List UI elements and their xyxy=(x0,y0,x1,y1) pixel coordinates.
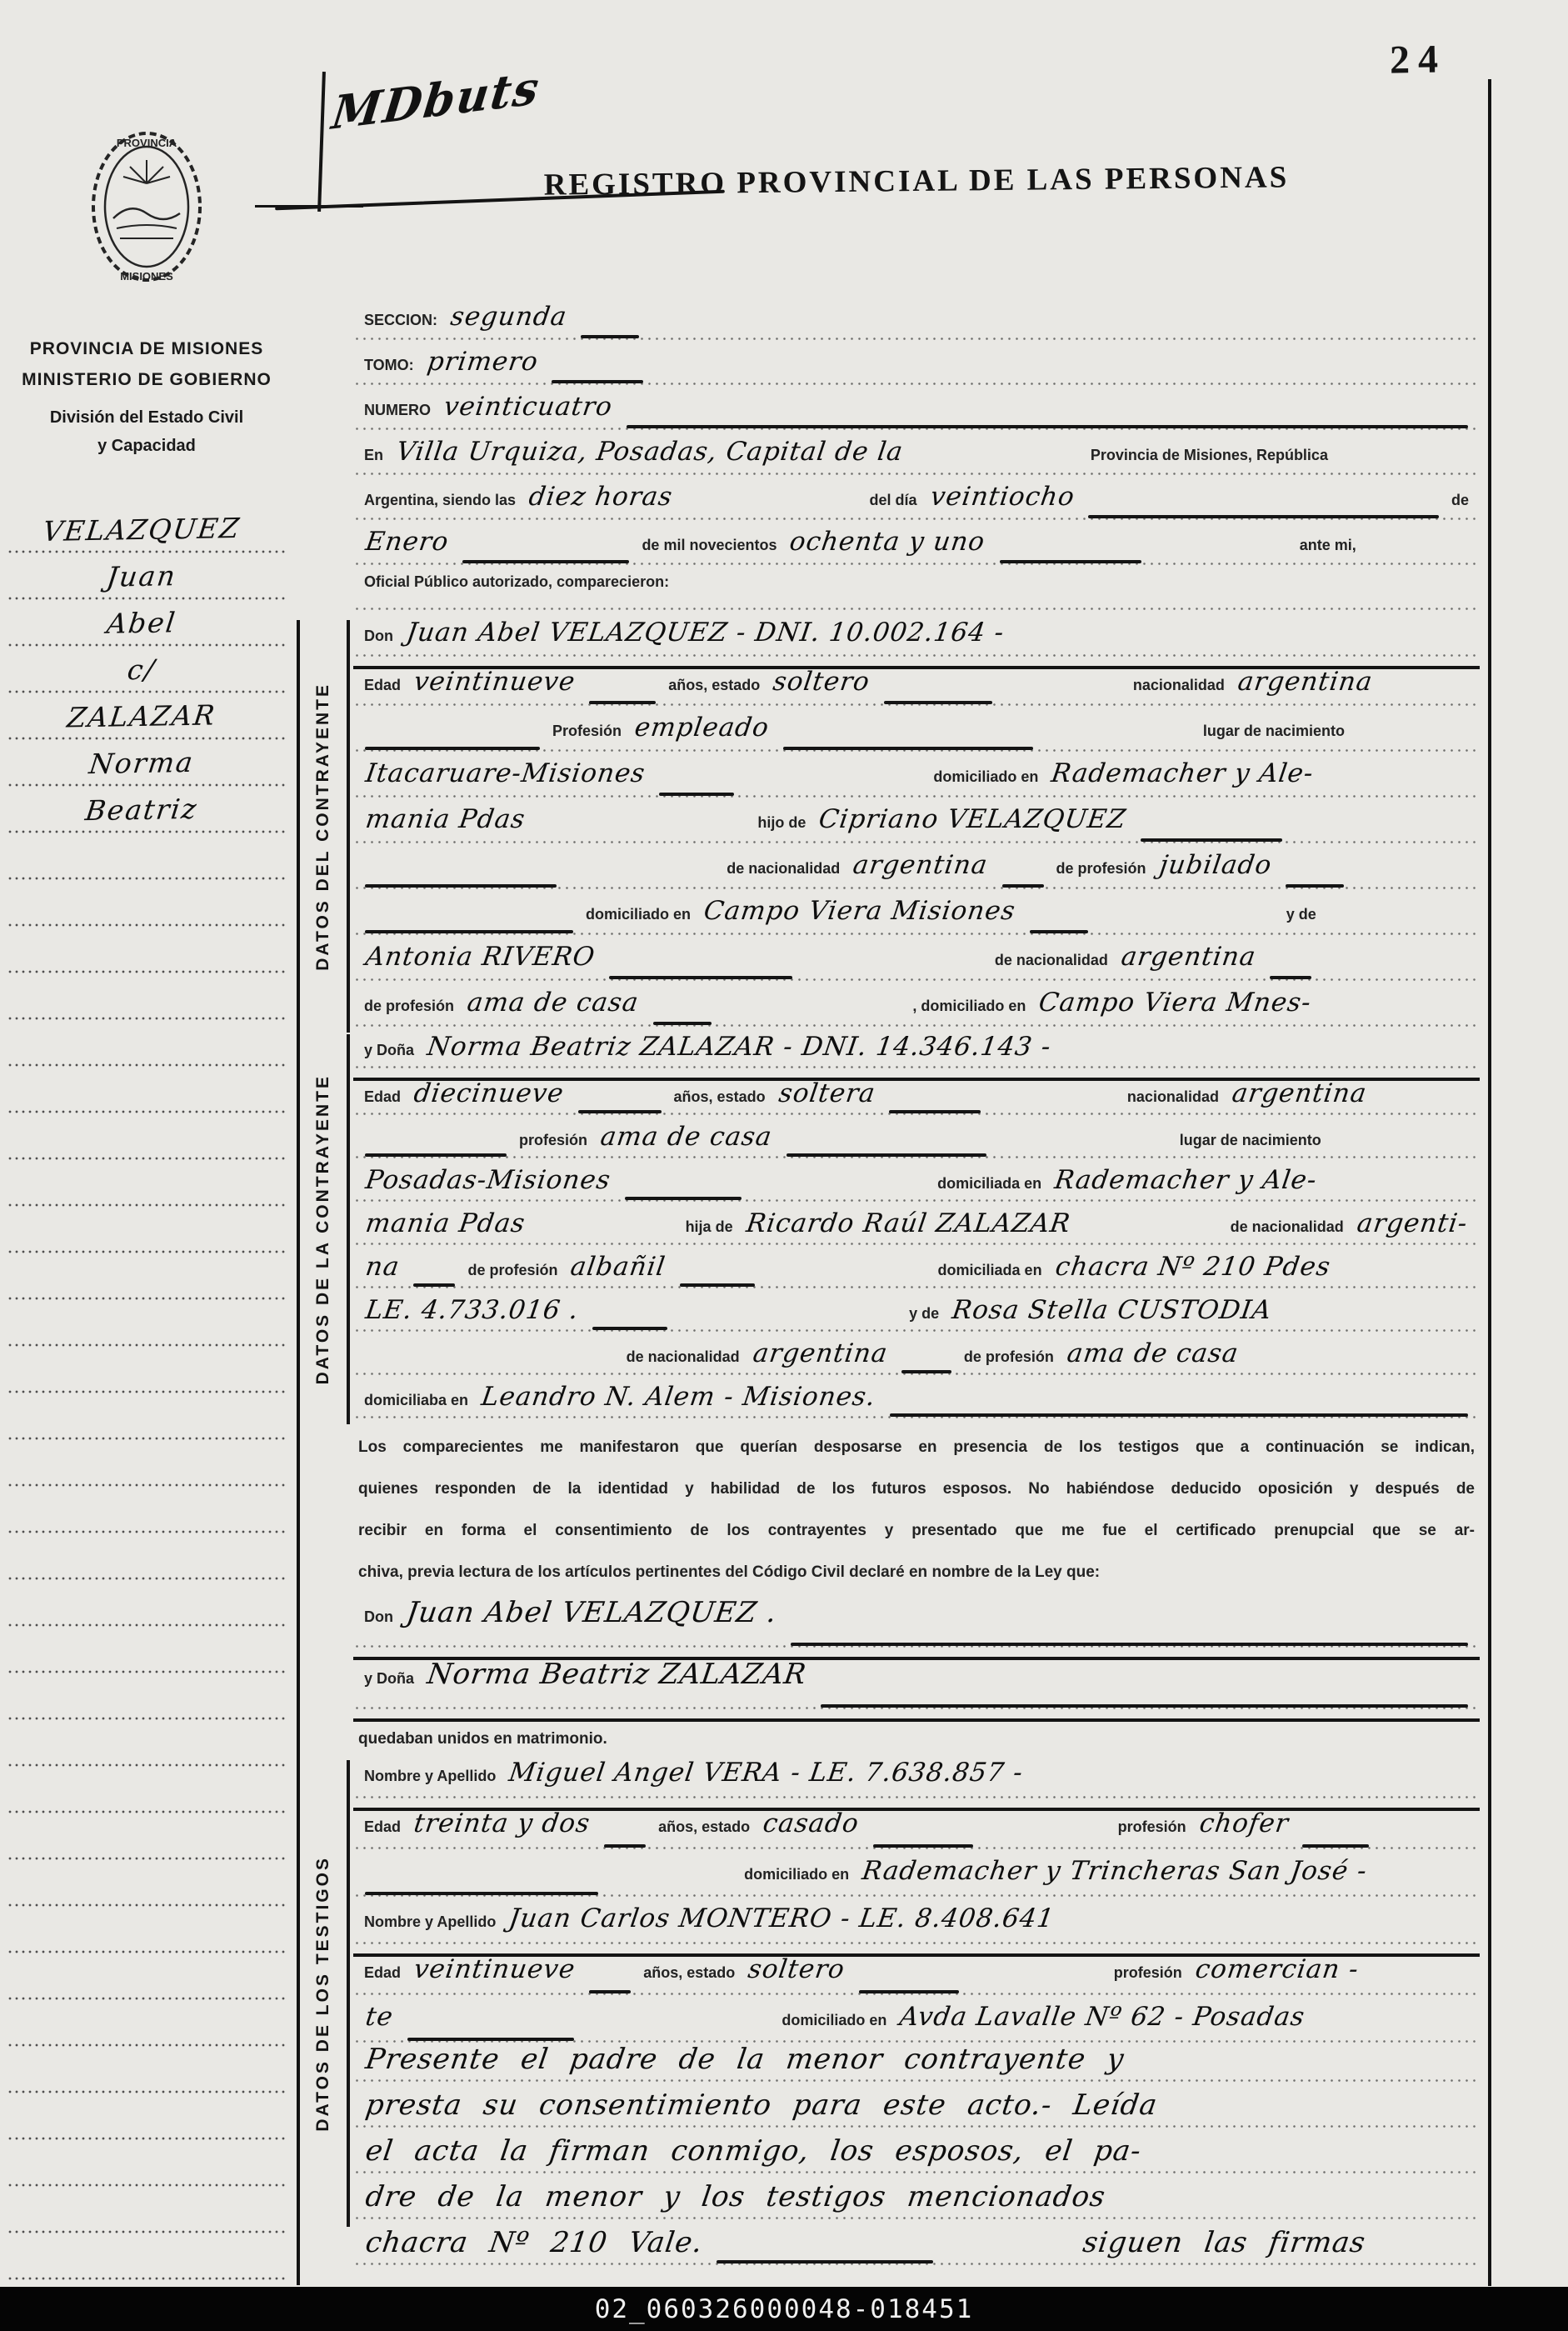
printed-label: nacionalidad xyxy=(1133,678,1225,693)
printed-label: domiciliaba en xyxy=(364,1393,468,1408)
handwritten-entry: Posadas-Misiones xyxy=(364,1168,612,1193)
form-row: Posadas-Misionesdomiciliada enRademacher… xyxy=(353,1168,1480,1211)
page-title: REGISTRO PROVINCIAL DE LAS PERSONAS xyxy=(358,158,1475,205)
printed-label: y Doña xyxy=(364,1671,414,1686)
printed-label: profesión xyxy=(1118,1819,1186,1834)
printed-label: quedaban unidos en matrimonio. xyxy=(358,1730,607,1748)
form-row: mania Pdashija deRicardo Raúl ZALAZARde … xyxy=(353,1211,1480,1254)
ink-dash xyxy=(901,1370,951,1373)
printed-label: del día xyxy=(870,493,917,508)
handwritten-entry: Cipriano VELAZQUEZ xyxy=(817,807,1128,833)
handwritten-entry: Ricardo Raúl ZALAZAR xyxy=(744,1211,1071,1237)
ink-dash xyxy=(365,930,573,933)
handwritten-entry: Rosa Stella CUSTODIA xyxy=(951,1298,1273,1323)
ink-dash xyxy=(1141,838,1282,842)
ink-dash xyxy=(365,884,557,888)
printed-label: de nacionalidad xyxy=(727,861,840,876)
printed-label: recibir en forma el consentimiento de lo… xyxy=(358,1522,1475,1539)
handwritten-entry: mania Pdas xyxy=(364,1211,527,1237)
form-row: NUMEROveinticuatro xyxy=(353,394,1480,439)
form-section-contrayente2: y DoñaNorma Beatriz ZALAZAR - DNI. 14.34… xyxy=(353,1034,1480,1428)
scan-footer-bar: 02_060326000048-018451 xyxy=(0,2287,1568,2331)
printed-label: de profesión xyxy=(364,998,454,1013)
seal-top-text: PROVINCIA xyxy=(117,137,177,149)
handwritten-entry: argentina xyxy=(751,1341,889,1367)
form-row: Itacaruare-Misionesdomiciliado enRademac… xyxy=(353,761,1480,807)
handwritten-entry: veintinueve xyxy=(412,1957,577,1983)
printed-label: profesión xyxy=(1114,1965,1182,1980)
printed-label: Argentina, siendo las xyxy=(364,493,516,508)
form-row: quedaban unidos en matrimonio. xyxy=(353,1718,1480,1760)
handwritten-entry: Juan Abel VELAZQUEZ - DNI. 10.002.164 - xyxy=(405,620,1006,646)
ink-dash xyxy=(859,1990,959,1993)
form-row: LE. 4.733.016 .y deRosa Stella CUSTODIA xyxy=(353,1298,1480,1341)
form-row: DonJuan Abel VELAZQUEZ - DNI. 10.002.164… xyxy=(353,620,1480,669)
handwritten-entry: ama de casa xyxy=(599,1124,774,1150)
ink-dash xyxy=(786,1153,986,1157)
handwritten-entry: Enero xyxy=(364,529,451,555)
form-row: TOMO:primero xyxy=(353,349,1480,394)
handwritten-entry: Presente el padre de la menor contrayent… xyxy=(364,2045,1126,2073)
handwritten-entry: Rademacher y Ale- xyxy=(1050,761,1316,787)
printed-label: y de xyxy=(909,1306,939,1321)
handwritten-entry: Norma Beatriz ZALAZAR xyxy=(426,1660,809,1688)
form-row: Antonia RIVEROde nacionalidadargentina xyxy=(353,944,1480,990)
section-label-text: DATOS DEL CONTRAYENTE xyxy=(313,683,333,971)
margin-name: Norma xyxy=(14,744,268,781)
form-row: Profesiónempleadolugar de nacimiento xyxy=(353,715,1480,761)
printed-label: Edad xyxy=(364,1819,401,1834)
handwritten-entry: Norma Beatriz ZALAZAR - DNI. 14.346.143 … xyxy=(426,1034,1053,1060)
form-section-matrimonio: quedaban unidos en matrimonio. xyxy=(353,1718,1480,1760)
printed-label: Edad xyxy=(364,678,401,693)
handwritten-entry: veintinueve xyxy=(412,669,577,695)
margin-name: ZALAZAR xyxy=(14,698,268,734)
form-row: presta su consentimiento para este acto.… xyxy=(353,2091,1480,2137)
printed-label: Profesión xyxy=(552,723,622,738)
handwritten-entry: Rademacher y Trincheras San José - xyxy=(861,1858,1369,1884)
ink-dash xyxy=(365,1153,507,1157)
org-line: MINISTERIO DE GOBIERNO xyxy=(0,364,293,395)
clerk-initials-annotation: MDbuts xyxy=(329,60,543,140)
handwritten-entry: veinticuatro xyxy=(442,394,614,420)
printed-label: de mil novecientos xyxy=(642,538,777,553)
printed-label: Don xyxy=(364,1609,393,1624)
printed-label: Provincia de Misiones, República xyxy=(1091,448,1328,463)
form-row: profesiónama de casalugar de nacimiento xyxy=(353,1124,1480,1168)
printed-label: de profesión xyxy=(1056,861,1146,876)
handwritten-entry: argentina xyxy=(851,853,990,878)
ink-dash xyxy=(873,1844,973,1848)
printed-label: y Doña xyxy=(364,1043,414,1058)
handwritten-entry: segunda xyxy=(449,304,569,330)
handwritten-entry: jubilado xyxy=(1157,853,1273,878)
printed-label: nacionalidad xyxy=(1127,1089,1219,1104)
form-row: domiciliado enCampo Viera Misionesy de xyxy=(353,898,1480,944)
margin-name: Juan xyxy=(14,558,268,594)
printed-label: hijo de xyxy=(757,815,806,830)
ink-dash xyxy=(717,2260,933,2263)
printed-label: de profesión xyxy=(964,1349,1054,1364)
form-section-contrayente: DonJuan Abel VELAZQUEZ - DNI. 10.002.164… xyxy=(353,620,1480,1036)
form-row: Edadveintinueveaños, estadosolteronacion… xyxy=(353,669,1480,715)
ink-dash xyxy=(604,1844,646,1848)
handwritten-entry: Campo Viera Misiones xyxy=(702,898,1017,924)
ink-dash xyxy=(1000,560,1141,563)
handwritten-entry: treinta y dos xyxy=(412,1811,592,1837)
printed-label: domiciliado en xyxy=(586,907,691,922)
issuing-authority-block: PROVINCIA DE MISIONES MINISTERIO DE GOBI… xyxy=(0,333,293,460)
printed-label: de xyxy=(1451,493,1469,508)
printed-label: domiciliado en xyxy=(782,2013,886,2028)
handwritten-entry: el acta la firman conmigo, los esposos, … xyxy=(364,2137,1144,2165)
form-row: de profesiónama de casa, domiciliado enC… xyxy=(353,990,1480,1036)
margin-name: Abel xyxy=(14,604,268,641)
handwritten-entry: soltero xyxy=(747,1957,846,1983)
ink-dash xyxy=(653,1022,712,1025)
form-row: Edadtreinta y dosaños, estadocasadoprofe… xyxy=(353,1811,1480,1858)
section-label-datos-de-la-contrayente: DATOS DE LA CONTRAYENTE xyxy=(300,1034,350,1424)
handwritten-entry: Juan Abel VELAZQUEZ . xyxy=(405,1598,779,1627)
printed-label: y de xyxy=(1286,907,1316,922)
form-section-cierre: Presente el padre de la menor contrayent… xyxy=(353,2045,1480,2274)
ink-rule xyxy=(627,425,1468,428)
right-border-line xyxy=(1488,79,1491,2286)
printed-label: años, estado xyxy=(674,1089,766,1104)
printed-label: domiciliado en xyxy=(933,769,1038,784)
civil-registry-scan: 24 MDbuts REGISTRO PROVINCIAL DE LAS PER… xyxy=(0,0,1568,2331)
form-section-testigos: Nombre y ApellidoMiguel Angel VERA - LE.… xyxy=(353,1760,1480,2052)
form-row: quienes responden de la identidad y habi… xyxy=(353,1468,1480,1510)
form-row: de nacionalidadargentinade profesiónama … xyxy=(353,1341,1480,1384)
form-row: Enerode mil novecientosochenta y unoante… xyxy=(353,529,1480,574)
form-row: domiciliado enRademacher y Trincheras Sa… xyxy=(353,1858,1480,1906)
printed-label: Edad xyxy=(364,1089,401,1104)
printed-label: profesión xyxy=(519,1133,587,1148)
printed-label: de nacionalidad xyxy=(1231,1219,1344,1234)
ink-dash xyxy=(1030,930,1088,933)
printed-label: domiciliada en xyxy=(938,1263,1042,1278)
handwritten-entry: empleado xyxy=(633,715,771,741)
ink-dash xyxy=(1270,976,1311,979)
ink-rule xyxy=(791,1643,1468,1646)
printed-label: domiciliado en xyxy=(744,1867,849,1882)
scan-code: 02_060326000048-018451 xyxy=(595,2294,974,2324)
section-label-text: DATOS DE LA CONTRAYENTE xyxy=(313,1074,333,1384)
ink-rule xyxy=(821,1704,1468,1708)
ink-dash xyxy=(589,1990,631,1993)
printed-label: TOMO: xyxy=(364,358,414,373)
form-section-encabezado: SECCION:segundaTOMO:primeroNUMEROveintic… xyxy=(353,304,1480,619)
section-label-datos-de-los-testigos: DATOS DE LOS TESTIGOS xyxy=(300,1760,350,2227)
ink-dash xyxy=(462,560,629,563)
org-line: División del Estado Civil xyxy=(0,403,293,432)
handwritten-entry: diez horas xyxy=(527,484,674,510)
ink-dash xyxy=(407,2038,574,2041)
handwritten-entry: albañil xyxy=(569,1254,667,1280)
ink-dash xyxy=(581,335,639,338)
handwritten-entry: Campo Viera Mnes- xyxy=(1037,990,1313,1016)
left-margin-column: PROVINCIA MISIONES PROVINCIA DE MISIONES… xyxy=(0,0,293,2331)
printed-label: En xyxy=(364,448,383,463)
ink-dash xyxy=(1002,884,1044,888)
ink-dash xyxy=(1302,1844,1369,1848)
form-row: chacra Nº 210 Vale.siguen las firmas xyxy=(353,2228,1480,2274)
ink-dash xyxy=(889,1110,981,1113)
handwritten-entry: Rademacher y Ale- xyxy=(1053,1168,1319,1193)
handwritten-entry: argentina xyxy=(1120,944,1258,970)
form-row: SECCION:segunda xyxy=(353,304,1480,349)
org-line: PROVINCIA DE MISIONES xyxy=(0,333,293,364)
printed-label: domiciliada en xyxy=(937,1176,1041,1191)
handwritten-entry: ochenta y uno xyxy=(788,529,986,555)
form-row: Nombre y ApellidoMiguel Angel VERA - LE.… xyxy=(353,1760,1480,1811)
section-label-text: DATOS DE LOS TESTIGOS xyxy=(313,1856,333,2132)
form-row: mania Pdashijo deCipriano VELAZQUEZ xyxy=(353,807,1480,853)
seal-bottom-text: MISIONES xyxy=(120,270,173,283)
printed-label: lugar de nacimiento xyxy=(1203,723,1345,738)
handwritten-entry: soltero xyxy=(772,669,871,695)
printed-label: años, estado xyxy=(658,1819,750,1834)
printed-label: de nacionalidad xyxy=(995,953,1108,968)
form-row: y DoñaNorma Beatriz ZALAZAR xyxy=(353,1660,1480,1722)
printed-label: años, estado xyxy=(668,678,760,693)
printed-label: de profesión xyxy=(467,1263,557,1278)
handwritten-entry: na xyxy=(364,1254,402,1280)
handwritten-entry: Miguel Angel VERA - LE. 7.638.857 - xyxy=(507,1760,1025,1786)
handwritten-entry: ama de casa xyxy=(466,990,641,1016)
form-row: nade profesiónalbañildomiciliada enchacr… xyxy=(353,1254,1480,1298)
ink-dash xyxy=(659,793,734,796)
ink-dash xyxy=(783,747,1033,750)
form-row: Argentina, siendo lasdiez horasdel díave… xyxy=(353,484,1480,529)
handwritten-entry: chacra Nº 210 Pdes xyxy=(1053,1254,1331,1280)
handwritten-entry: casado xyxy=(762,1811,861,1837)
handwritten-entry: LE. 4.733.016 . xyxy=(364,1298,581,1323)
form-row: y DoñaNorma Beatriz ZALAZAR - DNI. 14.34… xyxy=(353,1034,1480,1081)
printed-label: Oficial Público autorizado, compareciero… xyxy=(364,574,669,589)
ink-dash xyxy=(413,1283,455,1287)
handwritten-entry: siguen las firmas xyxy=(1081,2228,1367,2257)
handwritten-entry: ama de casa xyxy=(1066,1341,1241,1367)
handwritten-entry: Leandro N. Alem - Misiones. xyxy=(480,1384,877,1410)
handwritten-entry: Villa Urquiza, Posadas, Capital de la xyxy=(395,439,905,465)
ink-dash xyxy=(592,1327,667,1330)
form-row: Los comparecientes me manifestaron que q… xyxy=(353,1427,1480,1468)
ink-dash xyxy=(625,1197,742,1200)
form-section-parrafo: Los comparecientes me manifestaron que q… xyxy=(353,1427,1480,1593)
margin-name: c/ xyxy=(14,651,268,688)
printed-label: ante mi, xyxy=(1300,538,1356,553)
printed-label: quienes responden de la identidad y habi… xyxy=(358,1480,1475,1498)
section-label-datos-del-contrayente: DATOS DEL CONTRAYENTE xyxy=(300,620,350,1033)
margin-cross-mark-vertical xyxy=(317,72,326,212)
form-row: el acta la firman conmigo, los esposos, … xyxy=(353,2137,1480,2183)
form-row: Edaddiecinueveaños, estadosolteranaciona… xyxy=(353,1081,1480,1124)
handwritten-entry: chofer xyxy=(1197,1811,1290,1837)
handwritten-entry: comercian - xyxy=(1194,1957,1361,1983)
ink-dash xyxy=(1286,884,1344,888)
form-row: Nombre y ApellidoJuan Carlos MONTERO - L… xyxy=(353,1906,1480,1957)
handwritten-entry: primero xyxy=(425,349,539,375)
printed-label: Don xyxy=(364,628,393,643)
form-row: DonJuan Abel VELAZQUEZ . xyxy=(353,1598,1480,1660)
form-row: chiva, previa lectura de los artículos p… xyxy=(353,1552,1480,1593)
printed-label: Los comparecientes me manifestaron que q… xyxy=(358,1438,1475,1456)
handwritten-entry: chacra Nº 210 Vale. xyxy=(364,2228,705,2257)
printed-label: Edad xyxy=(364,1965,401,1980)
form-section-declaracion: DonJuan Abel VELAZQUEZ .y DoñaNorma Beat… xyxy=(353,1598,1480,1722)
handwritten-entry: te xyxy=(364,2004,395,2030)
margin-name: VELAZQUEZ xyxy=(14,511,268,548)
margin-name: Beatriz xyxy=(14,791,268,828)
printed-label: años, estado xyxy=(643,1965,735,1980)
ink-dash xyxy=(609,976,792,979)
form-row: EnVilla Urquiza, Posadas, Capital de laP… xyxy=(353,439,1480,484)
form-row: recibir en forma el consentimiento de lo… xyxy=(353,1510,1480,1552)
handwritten-entry: Avda Lavalle Nº 62 - Posadas xyxy=(898,2004,1306,2030)
provincia-misiones-seal-icon: PROVINCIA MISIONES xyxy=(85,125,208,288)
org-line: y Capacidad xyxy=(0,432,293,460)
form-row: Oficial Público autorizado, compareciero… xyxy=(353,574,1480,619)
handwritten-entry: veintiocho xyxy=(928,484,1076,510)
handwritten-entry: dre de la menor y los testigos mencionad… xyxy=(364,2183,1108,2211)
printed-label: de nacionalidad xyxy=(627,1349,740,1364)
ink-dash xyxy=(365,747,540,750)
ink-dash xyxy=(578,1110,662,1113)
handwritten-entry: diecinueve xyxy=(412,1081,566,1107)
ink-dash xyxy=(365,1892,598,1895)
printed-label: Nombre y Apellido xyxy=(364,1914,496,1929)
ink-dash xyxy=(680,1283,755,1287)
handwritten-entry: argentina xyxy=(1231,1081,1369,1107)
handwritten-entry: Antonia RIVERO xyxy=(364,944,597,970)
ink-dash xyxy=(884,701,992,704)
printed-label: hija de xyxy=(686,1219,733,1234)
handwritten-entry: argenti- xyxy=(1356,1211,1470,1237)
handwritten-entry: Itacaruare-Misiones xyxy=(364,761,647,787)
handwritten-entry: presta su consentimiento para este acto.… xyxy=(364,2091,1160,2119)
ink-rule xyxy=(890,1413,1468,1417)
ink-dash xyxy=(552,380,643,383)
form-row: domiciliaba enLeandro N. Alem - Misiones… xyxy=(353,1384,1480,1428)
handwritten-entry: argentina xyxy=(1236,669,1375,695)
printed-label: , domiciliado en xyxy=(912,998,1026,1013)
printed-label: NUMERO xyxy=(364,403,431,418)
handwritten-entry: soltera xyxy=(777,1081,876,1107)
printed-label: lugar de nacimiento xyxy=(1180,1133,1321,1148)
form-row: dre de la menor y los testigos mencionad… xyxy=(353,2183,1480,2228)
form-row: Edadveintinueveaños, estadosolteroprofes… xyxy=(353,1957,1480,2004)
printed-label: SECCION: xyxy=(364,313,437,328)
handwritten-entry: Juan Carlos MONTERO - LE. 8.408.641 xyxy=(507,1906,1056,1932)
printed-label: chiva, previa lectura de los artículos p… xyxy=(358,1563,1100,1581)
form-row: Presente el padre de la menor contrayent… xyxy=(353,2045,1480,2091)
ink-rule xyxy=(1088,515,1439,518)
ink-dash xyxy=(589,701,656,704)
page-number: 24 xyxy=(1390,36,1447,83)
handwritten-entry: mania Pdas xyxy=(364,807,527,833)
form-row: de nacionalidadargentinade profesiónjubi… xyxy=(353,853,1480,898)
printed-label: Nombre y Apellido xyxy=(364,1768,496,1783)
